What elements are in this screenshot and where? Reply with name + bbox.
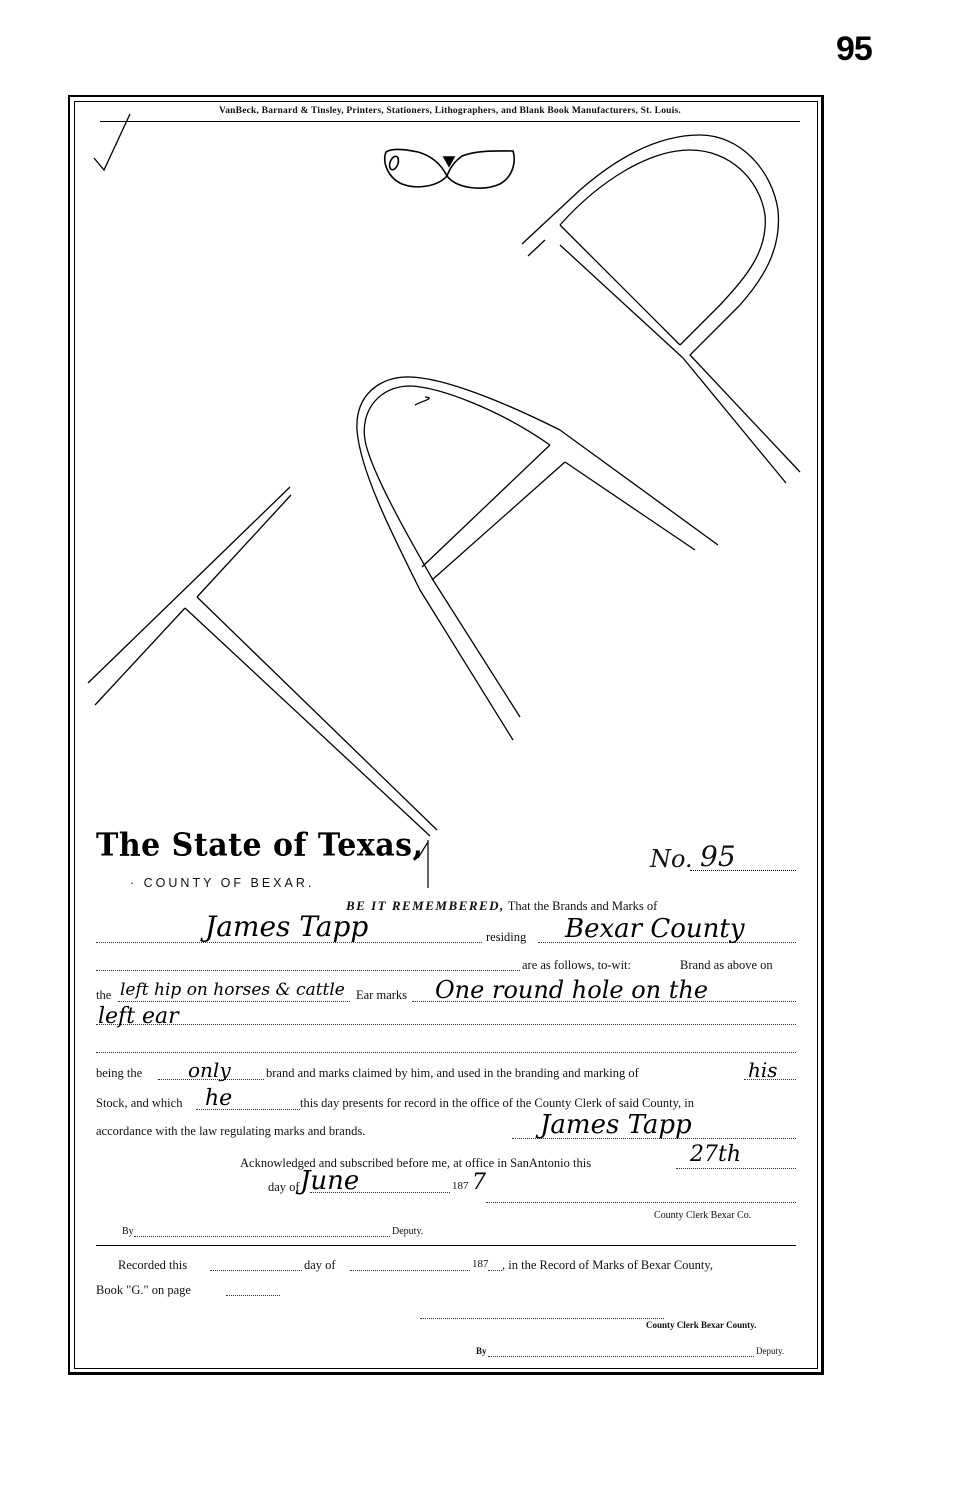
owner-name: James Tapp <box>205 910 368 943</box>
clerk-title: County Clerk Bexar Co. <box>654 1210 751 1221</box>
the-label: the <box>96 988 111 1003</box>
year-prefix: 187 <box>452 1180 469 1192</box>
year-suffix: 7 <box>472 1170 486 1195</box>
accordance-text: accordance with the law regulating marks… <box>96 1124 365 1139</box>
ear-marks-value-2: left ear <box>98 1004 179 1029</box>
page-number: 95 <box>836 30 872 69</box>
stock-label: Stock, and which <box>96 1096 182 1111</box>
printer-imprint: VanBeck, Barnard & Tinsley, Printers, St… <box>100 106 800 116</box>
ear-marks-label: Ear marks <box>356 988 407 1003</box>
record-number-rule <box>690 870 796 871</box>
brand-as-above-label: Brand as above on <box>680 958 773 973</box>
being-the-value: only <box>188 1058 231 1082</box>
section-divider <box>96 1245 796 1246</box>
ear-marks-value-1: One round hole on the <box>435 976 708 1004</box>
recording-by-label: By <box>476 1346 487 1356</box>
presents-text: this day presents for record in the offi… <box>300 1096 694 1111</box>
intro-rest: That the Brands and Marks of <box>508 899 658 913</box>
record-text: , in the Record of Marks of Bexar County… <box>502 1258 713 1273</box>
state-title: The State of Texas, <box>96 827 424 864</box>
stock-owner-value: his <box>748 1058 778 1082</box>
acknowledgment-month: June <box>300 1166 359 1196</box>
intro-line: BE IT REMEMBERED, That the Brands and Ma… <box>346 898 657 914</box>
recorded-day-of-label: day of <box>304 1258 336 1273</box>
deputy-label: Deputy. <box>392 1226 423 1237</box>
document-border-inner <box>74 101 818 1369</box>
recorded-label: Recorded this <box>118 1258 187 1273</box>
county-line: · COUNTY OF BEXAR. <box>130 876 314 890</box>
record-number-label: No. <box>650 845 693 873</box>
recording-deputy-label: Deputy. <box>756 1346 784 1356</box>
book-text: Book "G." on page <box>96 1283 191 1298</box>
record-number-value: 95 <box>700 840 736 873</box>
being-the-label: being the <box>96 1066 142 1081</box>
printer-rule <box>100 121 800 122</box>
presenter-value: he <box>205 1086 232 1111</box>
residence-value: Bexar County <box>565 914 745 944</box>
acknowledgment-day: 27th <box>690 1142 741 1167</box>
by-label: By <box>122 1226 134 1237</box>
claimed-text: brand and marks claimed by him, and used… <box>266 1066 639 1081</box>
acknowledgment-text: Acknowledged and subscribed before me, a… <box>240 1156 591 1171</box>
brand-location-value: left hip on horses & cattle <box>120 980 345 1000</box>
recorded-year-prefix: 187 <box>472 1258 489 1270</box>
owner-signature: James Tapp <box>540 1110 692 1140</box>
residing-label: residing <box>486 930 526 945</box>
be-it-remembered: BE IT REMEMBERED, <box>346 898 505 913</box>
day-of-label: day of <box>268 1180 300 1195</box>
as-follows-label: are as follows, to-wit: <box>522 958 631 973</box>
recording-clerk-title: County Clerk Bexar County. <box>646 1320 756 1330</box>
